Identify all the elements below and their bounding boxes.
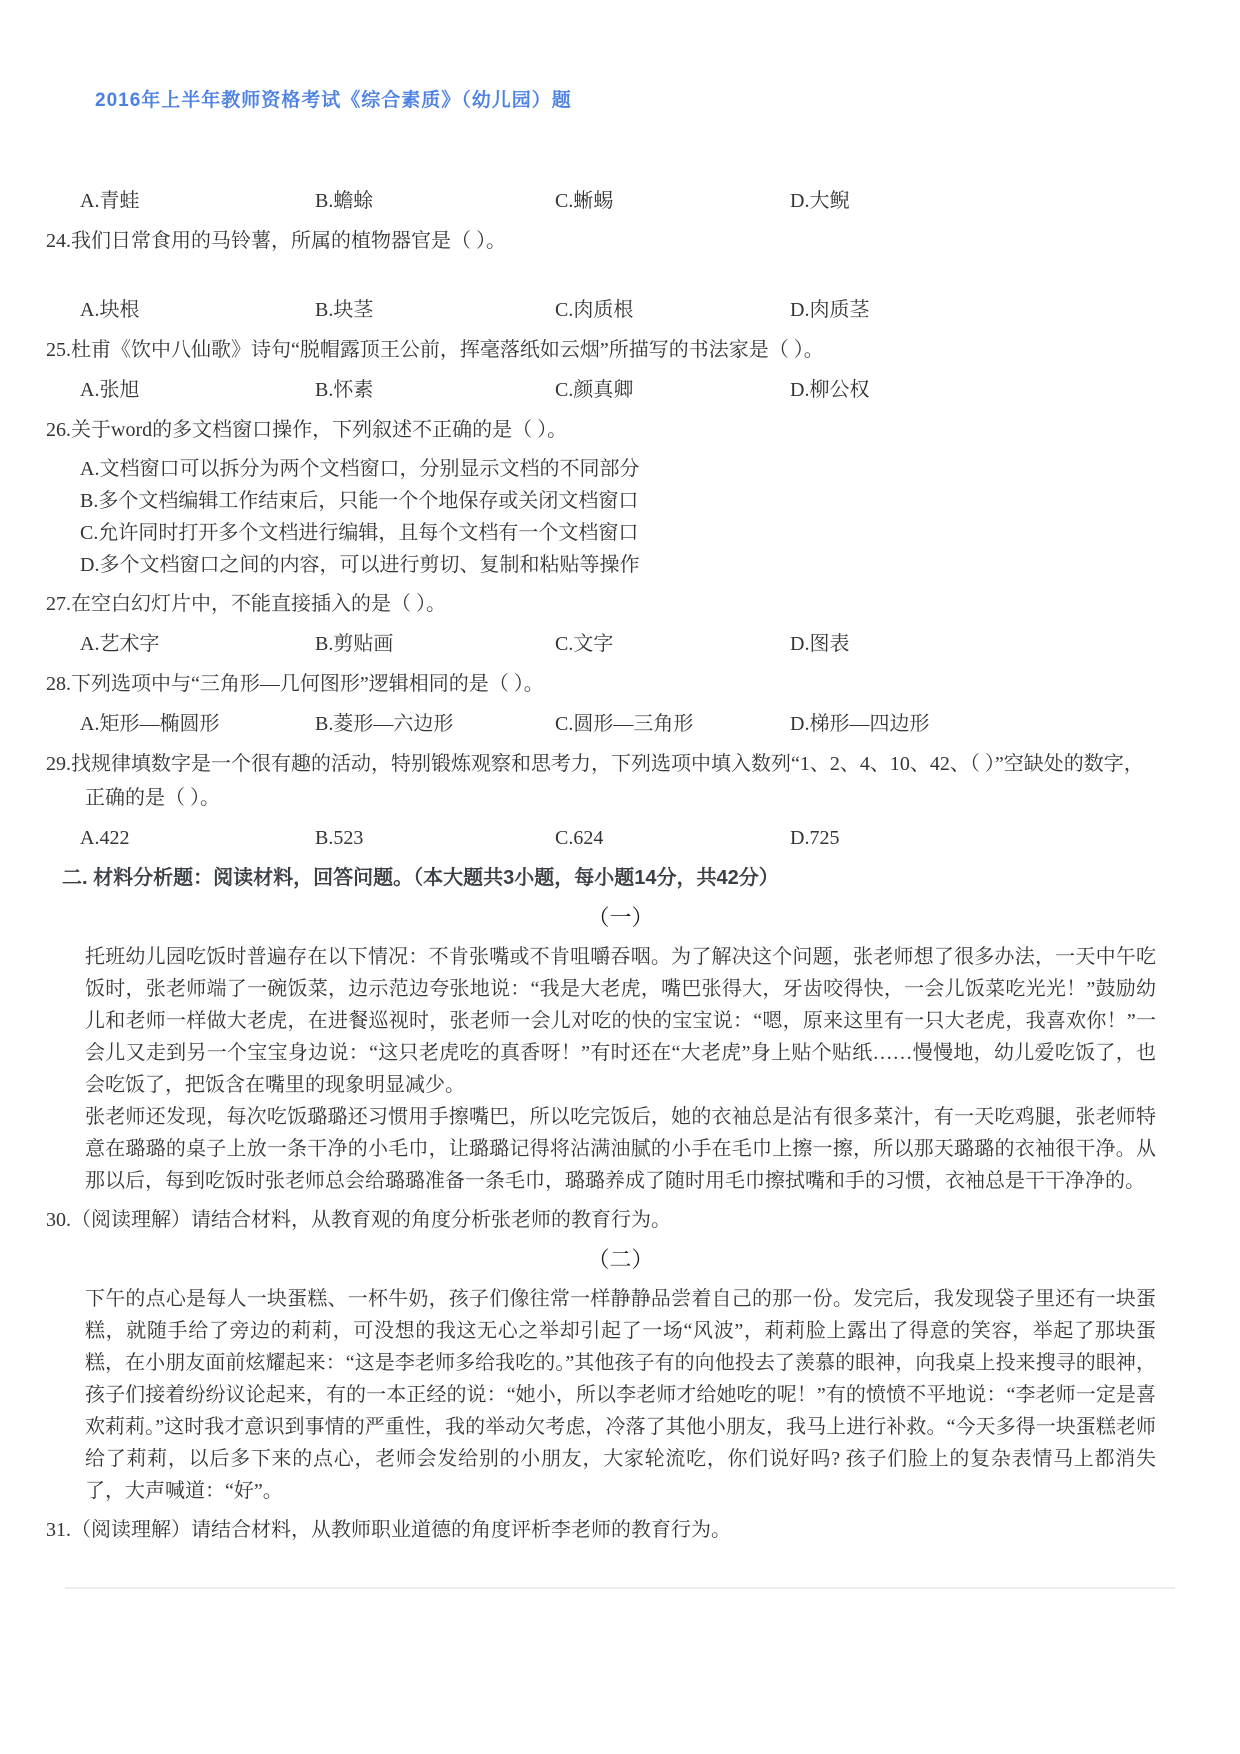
option-b: B.523: [315, 821, 555, 855]
question-27: 27.在空白幻灯片中，不能直接插入的是（ ）。: [46, 587, 1156, 621]
section-2-header: 二. 材料分析题：阅读材料，回答问题。（本大题共3小题，每小题14分，共42分）: [62, 861, 1156, 895]
choice-list: A.文档窗口可以拆分为两个文档窗口，分别显示文档的不同部分B.多个文档编辑工作结…: [80, 453, 1156, 581]
option-a: A.艺术字: [80, 627, 315, 661]
options-row: A.422B.523C.624D.725: [80, 821, 1156, 855]
exam-title: 2016年上半年教师资格考试《综合素质》（幼儿园）题: [95, 88, 1156, 114]
question-28: 28.下列选项中与“三角形—几何图形”逻辑相同的是（ ）。: [46, 667, 1156, 701]
option-d: D.柳公权: [790, 373, 1156, 407]
option-c: C.肉质根: [555, 293, 790, 327]
option-a: A.矩形—椭圆形: [80, 707, 315, 741]
material-heading-1: （一）: [85, 901, 1156, 935]
options-row: A.矩形—椭圆形B.菱形—六边形C.圆形—三角形D.梯形—四边形: [80, 707, 1156, 741]
options-row: A.青蛙B.蟾蜍C.蜥蜴D.大鲵: [80, 184, 1156, 218]
option-b: B.菱形—六边形: [315, 707, 555, 741]
option-c: C.圆形—三角形: [555, 707, 790, 741]
choice-b: B.多个文档编辑工作结束后，只能一个个地保存或关闭文档窗口: [80, 485, 1156, 517]
option-a: A.块根: [80, 293, 315, 327]
option-c: C.蜥蜴: [555, 184, 790, 218]
choice-a: A.文档窗口可以拆分为两个文档窗口，分别显示文档的不同部分: [80, 453, 1156, 485]
question-24: 24.我们日常食用的马铃薯，所属的植物器官是（ ）。: [46, 224, 1156, 258]
material-heading-2: （二）: [85, 1243, 1156, 1277]
option-a: A.422: [80, 821, 315, 855]
option-c: C.颜真卿: [555, 373, 790, 407]
option-b: B.蟾蜍: [315, 184, 555, 218]
footer-divider-line: [65, 1587, 1175, 1589]
option-b: B.剪贴画: [315, 627, 555, 661]
option-a: A.张旭: [80, 373, 315, 407]
options-row: A.块根B.块茎C.肉质根D.肉质茎: [80, 293, 1156, 327]
option-b: B.块茎: [315, 293, 555, 327]
option-d: D.肉质茎: [790, 293, 1156, 327]
material-paragraph: 托班幼儿园吃饭时普遍存在以下情况：不肯张嘴或不肯咀嚼吞咽。为了解决这个问题，张老…: [85, 941, 1156, 1101]
question-31: 31.（阅读理解）请结合材料，从教师职业道德的角度评析李老师的教育行为。: [46, 1513, 1156, 1547]
option-d: D.图表: [790, 627, 1156, 661]
exam-document-page: 2016年上半年教师资格考试《综合素质》（幼儿园）题 A.青蛙B.蟾蜍C.蜥蜴D…: [0, 0, 1240, 1589]
option-d: D.大鲵: [790, 184, 1156, 218]
question-30: 30.（阅读理解）请结合材料，从教育观的角度分析张老师的教育行为。: [46, 1203, 1156, 1237]
options-row: A.张旭B.怀素C.颜真卿D.柳公权: [80, 373, 1156, 407]
choice-c: C.允许同时打开多个文档进行编辑，且每个文档有一个文档窗口: [80, 517, 1156, 549]
question-29: 29.找规律填数字是一个很有趣的活动，特别锻炼观察和思考力，下列选项中填入数列“…: [46, 747, 1156, 815]
option-b: B.怀素: [315, 373, 555, 407]
option-c: C.文字: [555, 627, 790, 661]
question-25: 25.杜甫《饮中八仙歌》诗句“脱帽露顶王公前，挥毫落纸如云烟”所描写的书法家是（…: [46, 333, 1156, 367]
choice-d: D.多个文档窗口之间的内容，可以进行剪切、复制和粘贴等操作: [80, 549, 1156, 581]
option-a: A.青蛙: [80, 184, 315, 218]
option-c: C.624: [555, 821, 790, 855]
material-paragraph: 下午的点心是每人一块蛋糕、一杯牛奶，孩子们像往常一样静静品尝着自己的那一份。发完…: [85, 1283, 1156, 1507]
option-d: D.梯形—四边形: [790, 707, 1156, 741]
material-paragraph: 张老师还发现，每次吃饭璐璐还习惯用手擦嘴巴，所以吃完饭后，她的衣袖总是沾有很多菜…: [85, 1101, 1156, 1197]
exam-body: A.青蛙B.蟾蜍C.蜥蜴D.大鲵24.我们日常食用的马铃薯，所属的植物器官是（ …: [46, 184, 1156, 1589]
option-d: D.725: [790, 821, 1156, 855]
options-row: A.艺术字B.剪贴画C.文字D.图表: [80, 627, 1156, 661]
question-26: 26.关于word的多文档窗口操作，下列叙述不正确的是（ ）。: [46, 413, 1156, 447]
